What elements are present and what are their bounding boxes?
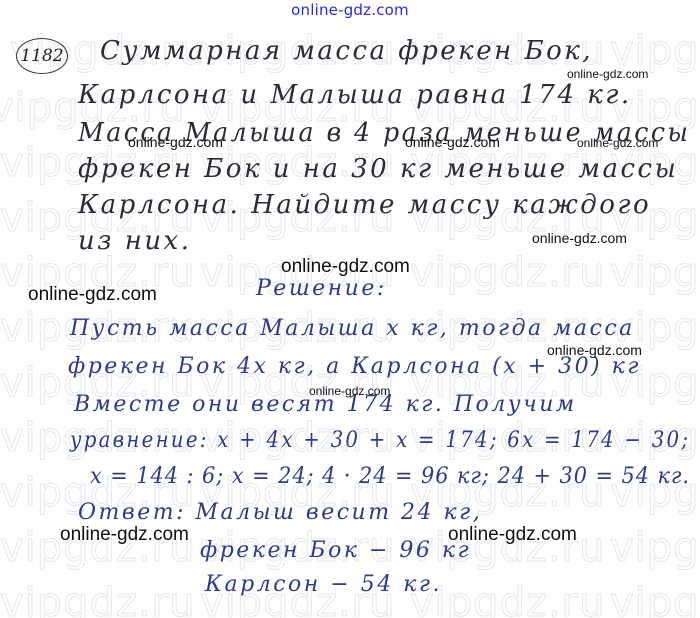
answer-line: Карлсон − 54 кг.	[205, 572, 442, 597]
solution-line: x = 144 : 6; x = 24; 4 · 24 = 96 кг; 24 …	[90, 464, 690, 489]
overlay-watermark: online-gdz.com	[309, 384, 390, 398]
background-watermark: vipgdz.ru	[410, 250, 605, 296]
answer-line: фрекен Бок − 96 кг	[200, 538, 471, 563]
task-line: фрекен Бок и на 30 кг меньше массы	[78, 154, 678, 184]
task-line: Карлсона. Найдите массу каждого	[78, 190, 651, 220]
task-line: Карлсона и Малыша равна 174 кг.	[78, 80, 632, 110]
overlay-watermark: online-gdz.com	[405, 134, 500, 150]
overlay-watermark: online-gdz.com	[532, 230, 627, 246]
overlay-watermark: online-gdz.com	[577, 136, 658, 150]
task-line: Суммарная масса фрекен Бок,	[100, 36, 593, 66]
solution-heading: Решение:	[256, 276, 387, 301]
answer-line: Ответ: Малыш весит 24 кг,	[78, 500, 482, 525]
task-number: 1182	[16, 38, 68, 74]
overlay-watermark: online-gdz.com	[547, 342, 642, 358]
overlay-watermark: online-gdz.com	[128, 134, 223, 150]
site-link[interactable]: online-gdz.com	[0, 1, 700, 19]
background-watermark: vipgdz.ru	[0, 580, 195, 618]
overlay-watermark: online-gdz.com	[448, 524, 577, 546]
overlay-watermark: online-gdz.com	[28, 284, 157, 306]
background-watermark: vipgdz.ru	[610, 250, 700, 296]
background-watermark: vipgdz.ru	[610, 580, 700, 618]
overlay-watermark: online-gdz.com	[60, 524, 189, 546]
task-line: из них.	[78, 226, 192, 256]
overlay-watermark: online-gdz.com	[281, 256, 410, 278]
solution-line: уравнение: x + 4x + 30 + x = 174; 6x = 1…	[70, 428, 690, 453]
overlay-watermark: online-gdz.com	[567, 67, 648, 81]
solution-line: Пусть масса Малыша x кг, тогда масса	[70, 316, 635, 341]
background-watermark: vipgdz.ru	[610, 525, 700, 571]
